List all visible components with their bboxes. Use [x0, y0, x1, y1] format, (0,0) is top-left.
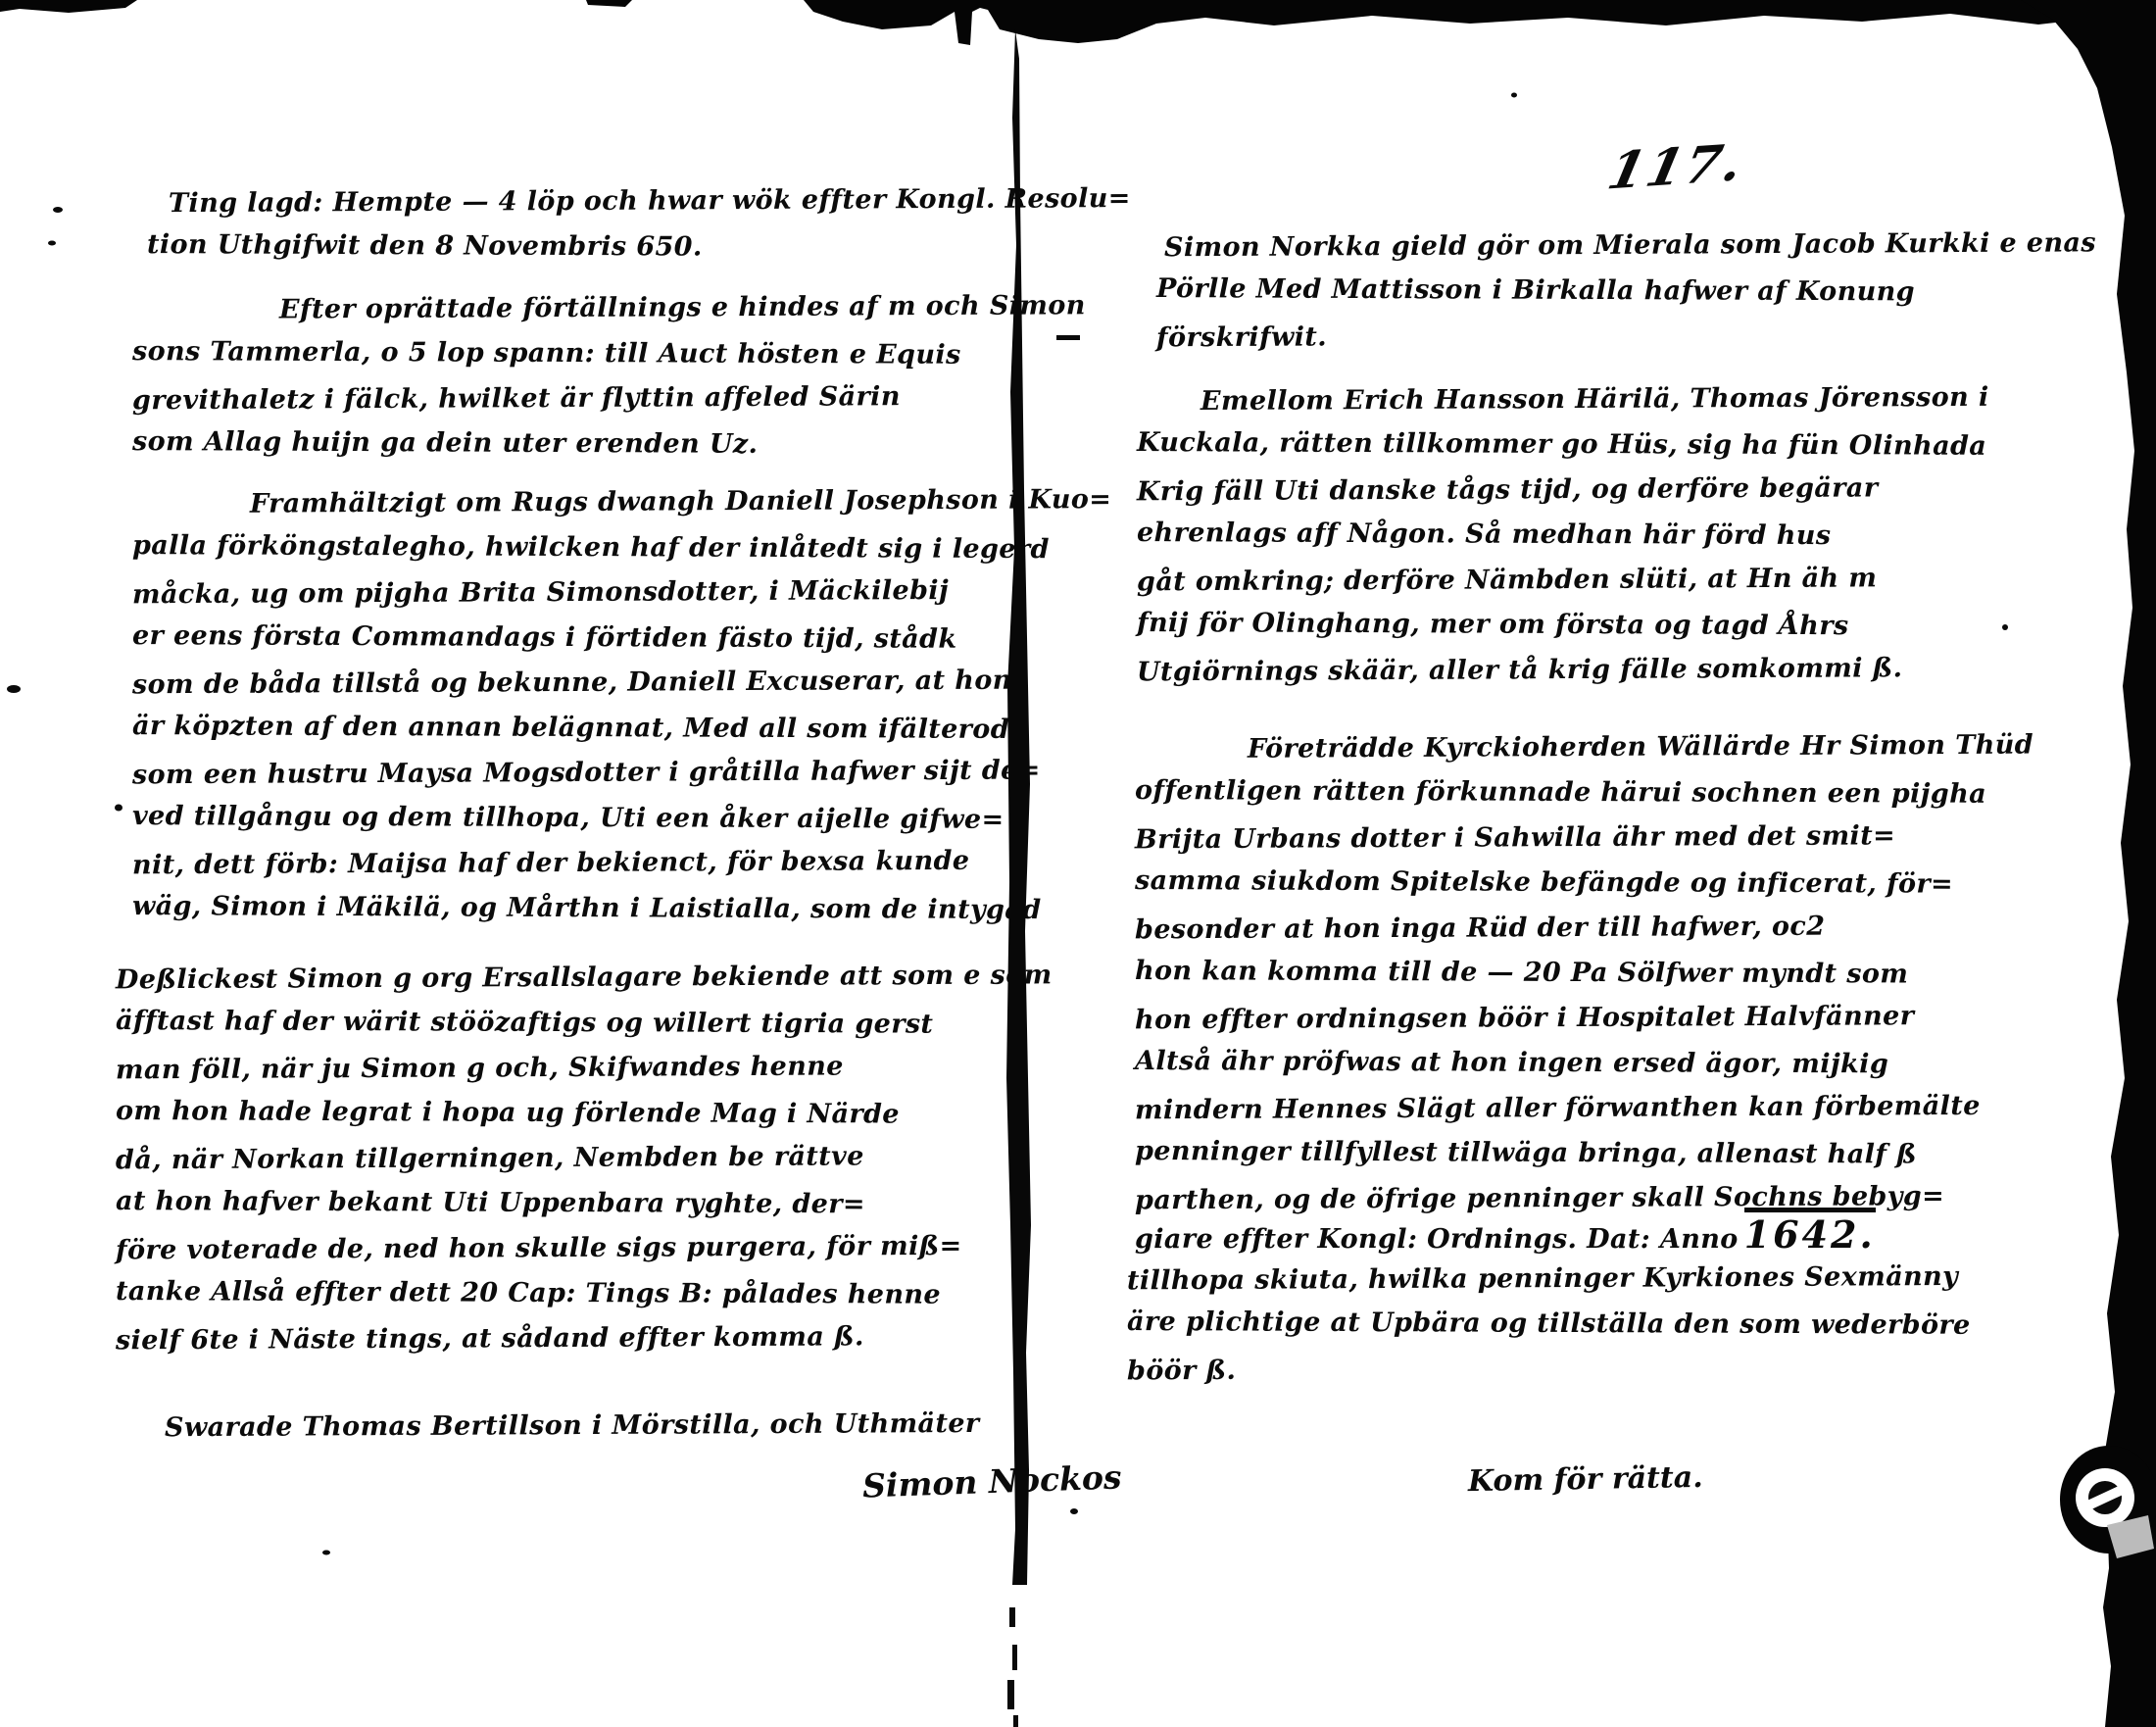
manuscript-scan: Ting lagd: Hempte — 4 löp och hwar wök e…	[0, 0, 2156, 1727]
handwritten-line: Kuckala, rätten tillkommer go Hüs, sig h…	[1137, 420, 2019, 469]
handwritten-line: gåt omkring; derföre Nämbden slüti, at H…	[1137, 556, 2019, 606]
handwritten-line: penninger tillfyllest tillwäga bringa, a…	[1135, 1129, 2022, 1178]
paragraph-block: Företrädde Kyrckioherden Wällärde Hr Sim…	[1135, 725, 2022, 1221]
handwritten-line: förskrifwit.	[1156, 312, 2029, 362]
handwritten-line: böör ß.	[1127, 1345, 2014, 1395]
handwritten-line: tillhopa skiuta, hwilka penninger Kyrkio…	[1127, 1255, 2014, 1305]
handwritten-line: Emellom Erich Hansson Härilä, Thomas Jör…	[1137, 375, 2019, 425]
page-number: 117.	[1602, 132, 1749, 201]
handwritten-line: offentligen rätten förkunnade härui soch…	[1135, 768, 2022, 817]
handwritten-line: besonder at hon inga Rüd der till hafwer…	[1135, 904, 2022, 954]
handwritten-line: fnij för Olinghang, mer om första og tag…	[1137, 601, 2019, 650]
handwritten-line: Pörlle Med Mattisson i Birkalla hafwer a…	[1156, 267, 2029, 316]
date-anno-line: giare effter Kongl: Ordnings. Dat: Anno1…	[1135, 1212, 1876, 1257]
handwritten-line: mindern Hennes Slägt aller förwanthen ka…	[1135, 1084, 2022, 1134]
handwritten-line: Krig fäll Uti danske tågs tijd, og derfö…	[1137, 466, 2019, 516]
handwritten-line: Brijta Urbans dotter i Sahwilla ähr med …	[1135, 814, 2022, 863]
paragraph-block: Emellom Erich Hansson Härilä, Thomas Jör…	[1137, 377, 2019, 693]
handwritten-line: samma siukdom Spitelske befängde og infi…	[1135, 859, 2022, 908]
year-1642: 1642.	[1744, 1208, 1876, 1257]
handwritten-line: Utgiörnings skäär, aller tå krig fälle s…	[1137, 646, 2019, 696]
handwritten-line: Altså ähr pröfwas at hon ingen ersed ägo…	[1135, 1039, 2022, 1088]
handwritten-line: Simon Norkka gield gör om Mierala som Ja…	[1156, 222, 2029, 271]
handwritten-line: Företrädde Kyrckioherden Wällärde Hr Sim…	[1135, 723, 2022, 773]
closing-line: Kom för rätta.	[1468, 1460, 1703, 1499]
right-page: 117. Simon Norkka gield gör om Mierala s…	[0, 0, 2156, 1727]
paragraph-block: Simon Norkka gield gör om Mierala som Ja…	[1156, 223, 2029, 359]
handwritten-line: hon effter ordningsen böör i Hospitalet …	[1135, 994, 2022, 1044]
handwritten-line: ehrenlags aff Någon. Så medhan här förd …	[1137, 511, 2019, 560]
paragraph-block: tillhopa skiuta, hwilka penninger Kyrkio…	[1127, 1257, 2014, 1392]
handwritten-line: hon kan komma till de — 20 Pa Sölfwer my…	[1135, 949, 2022, 998]
date-anno-prefix: giare effter Kongl: Ordnings. Dat: Anno	[1135, 1224, 1739, 1255]
handwritten-line: äre plichtige at Upbära og tillställa de…	[1127, 1300, 2014, 1349]
